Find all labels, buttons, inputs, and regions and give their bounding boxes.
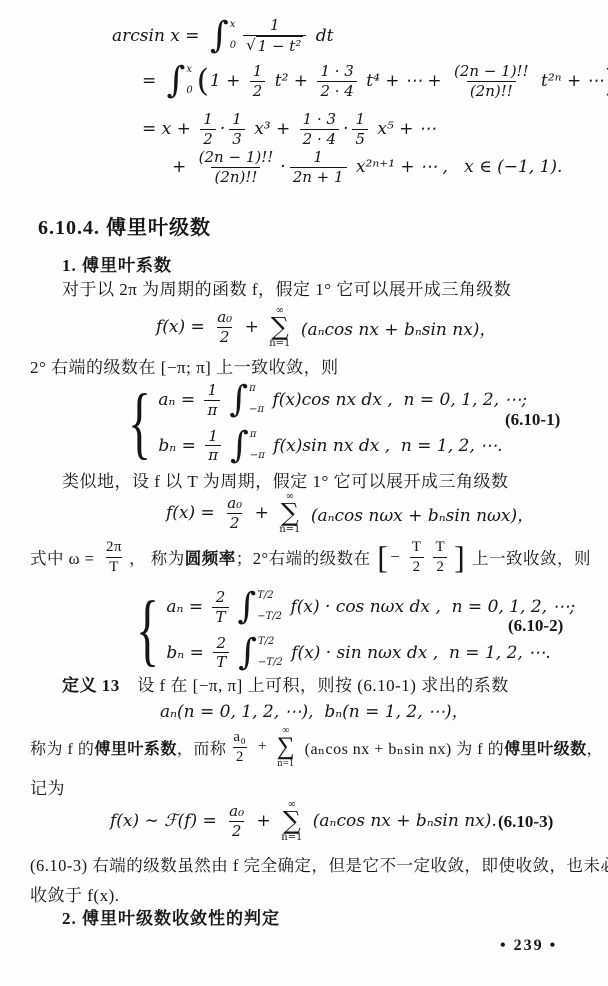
system-row: bₙ = 1π ∫π−π f(x)sin nx dx , n = 1, 2, ⋯… — [158, 427, 527, 466]
brace-icon: { — [128, 389, 151, 457]
body-paragraph-6: 称为 f 的 傅里叶系数 ，而称 a₀2 + ∞∑n=1 (aₙcos nx +… — [30, 726, 603, 769]
subsection-title-1: 1. 傅里叶系数 — [62, 251, 172, 276]
equation-tag-3: (6.10-3) — [498, 812, 553, 832]
body-paragraph-3: 类似地，设 f 以 T 为周期，假定 1° 它可以展开成三角级数 — [62, 467, 509, 492]
body-paragraph-8: (6.10-3) 右端的级数虽然由 f 完全确定，但是它不一定收敛，即使收敛，也… — [30, 852, 608, 876]
formula-arcsin-line3: = x + 12 · 13 x³ + 1 · 32 · 4 · 15 x⁵ + … — [142, 110, 436, 149]
fraction: T2 — [433, 538, 449, 577]
fraction: (2n − 1)!!(2n)!! — [196, 148, 277, 187]
display-formula-4: f(x) ∼ ℱ(f) = a₀2 + ∞∑n=1 (aₙcos nx + bₙ… — [110, 800, 497, 843]
body-paragraph-4: 式中 ω = 2πT ， 称为 圆频率 ；2°右端的级数在 [ − T2 T2 … — [30, 538, 591, 577]
definition-paragraph: 定义 13 设 f 在 [−π, π] 上可积，则按 (6.10-1) 求出的系… — [62, 671, 509, 696]
fraction: 15 — [352, 110, 368, 149]
page-number: • 239 • — [500, 937, 557, 955]
paren-close: ) — [605, 66, 608, 97]
bracket-open: [ — [377, 541, 388, 573]
fraction: 1π — [204, 381, 220, 420]
section-heading: 6.10.4. 傅里叶级数 — [38, 211, 211, 240]
body-paragraph-7: 记为 — [30, 774, 65, 799]
integral-icon: ∫T/2−T/2 — [238, 635, 283, 671]
body-paragraph-2: 2° 右端的级数在 [−π; π] 上一致收敛，则 — [30, 353, 339, 378]
equation-system-1: { aₙ = 1π ∫π−π f(x)cos nx dx , n = 0, 1,… — [128, 381, 527, 465]
body-paragraph-9: 收敛于 f(x). — [30, 881, 119, 906]
system-row: aₙ = 1π ∫π−π f(x)cos nx dx , n = 0, 1, 2… — [158, 381, 527, 420]
fraction: 2T — [212, 588, 228, 627]
equation-tag-2: (6.10-2) — [508, 616, 563, 636]
integral-icon: ∫ x0 — [167, 63, 193, 99]
fraction: 12n + 1 — [290, 148, 347, 187]
system-row: bₙ = 2T ∫T/2−T/2 f(x) · sin nωx dx , n =… — [166, 634, 575, 673]
bold-term: 傅里叶系数 — [94, 736, 177, 759]
formula-text: dt — [310, 26, 333, 46]
fraction: 2T — [213, 634, 229, 673]
fraction: 12 — [200, 110, 216, 149]
integral-icon: ∫T/2−T/2 — [238, 589, 283, 625]
integral-icon: ∫ x0 — [210, 18, 236, 54]
fraction: a₀2 — [230, 728, 249, 767]
fraction: T2 — [409, 538, 425, 577]
display-formula-1: f(x) = a₀2 + ∞∑n=1 (aₙcos nx + bₙsin nx)… — [156, 306, 496, 349]
fraction: 1 · 32 · 4 — [317, 62, 356, 101]
bold-term: 傅里叶级数 — [504, 736, 587, 759]
fraction: a₀2 — [224, 494, 245, 533]
body-paragraph-1: 对于以 2π 为周期的函数 f，假定 1° 它可以展开成三角级数 — [62, 275, 511, 300]
summation-icon: ∞∑n=1 — [279, 492, 300, 535]
fraction: a₀2 — [214, 308, 235, 347]
fraction: 1 · 32 · 4 — [300, 110, 339, 149]
integral-icon: ∫π−π — [229, 382, 264, 418]
equation-tag-1: (6.10-1) — [505, 410, 560, 430]
bracket-close: ] — [454, 541, 465, 573]
formula-text: arcsin x = — [112, 26, 205, 46]
display-formula-3: aₙ(n = 0, 1, 2, ⋯), bₙ(n = 1, 2, ⋯)， — [160, 697, 469, 722]
fraction: (2n − 1)!!(2n)!! — [451, 62, 532, 101]
integral-icon: ∫π−π — [230, 428, 265, 464]
fraction: 1 √1 − t² — [243, 16, 306, 56]
summation-icon: ∞∑n=1 — [281, 800, 302, 843]
brace-icon: { — [136, 596, 159, 664]
fraction: 12 — [250, 62, 266, 101]
display-formula-2: f(x) = a₀2 + ∞∑n=1 (aₙcos nωx + bₙsin nω… — [166, 492, 534, 535]
formula-arcsin-line1: arcsin x = ∫ x0 1 √1 − t² dt — [112, 16, 333, 56]
paren-open: ( — [197, 66, 209, 97]
scanned-page: arcsin x = ∫ x0 1 √1 − t² dt = ∫ x0 ( 1 … — [0, 0, 608, 986]
summation-icon: ∞∑n=1 — [277, 726, 295, 769]
formula-arcsin-line4: + (2n − 1)!!(2n)!! · 12n + 1 x²ⁿ⁺¹ + ⋯ ,… — [172, 148, 562, 187]
bold-term: 圆频率 — [185, 545, 236, 569]
subsection-title-2: 2. 傅里叶级数收敛性的判定 — [62, 904, 280, 929]
definition-label: 定义 13 — [62, 671, 120, 696]
formula-arcsin-line2: = ∫ x0 ( 1 + 12 t² + 1 · 32 · 4 t⁴ + ⋯ +… — [142, 62, 608, 101]
summation-icon: ∞∑n=1 — [269, 306, 290, 349]
fraction: a₀2 — [226, 802, 247, 841]
fraction: 2πT — [103, 538, 125, 577]
radical-icon: √ — [246, 36, 256, 55]
sqrt: √1 − t² — [243, 35, 306, 56]
fraction: 1π — [205, 427, 221, 466]
fraction: 13 — [229, 110, 245, 149]
